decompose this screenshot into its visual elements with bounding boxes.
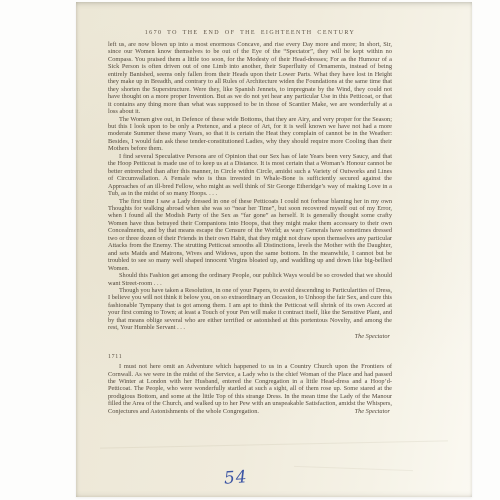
excerpt1-paragraph-4: The first time I saw a Lady dressed in o… — [108, 198, 392, 273]
excerpt1-paragraph-5: Should this Fashion get among the ordina… — [108, 272, 392, 287]
excerpt1-paragraph-2: The Women give out, in Defence of these … — [108, 116, 392, 153]
scanned-document: 1670 TO THE END OF THE EIGHTEENTH CENTUR… — [0, 0, 500, 500]
running-header: 1670 TO THE END OF THE EIGHTEENTH CENTUR… — [108, 30, 392, 36]
excerpt1-paragraph-6: Though you have taken a Resolution, in o… — [108, 287, 392, 332]
year-label: 1711 — [108, 354, 392, 360]
excerpt1-paragraph-3: I find several Speculative Persons are o… — [108, 153, 392, 198]
excerpt1-attribution: The Spectator — [108, 333, 392, 340]
excerpt2-paragraph-1: I must not here omit an Adventure which … — [108, 363, 392, 415]
text-block: 1670 TO THE END OF THE EIGHTEENTH CENTUR… — [108, 30, 392, 415]
book-page: 1670 TO THE END OF THE EIGHTEENTH CENTUR… — [76, 2, 472, 497]
handwritten-page-number: 54 — [223, 467, 248, 489]
excerpt1-paragraph-1: left us, are now blown up into a most en… — [108, 41, 392, 116]
